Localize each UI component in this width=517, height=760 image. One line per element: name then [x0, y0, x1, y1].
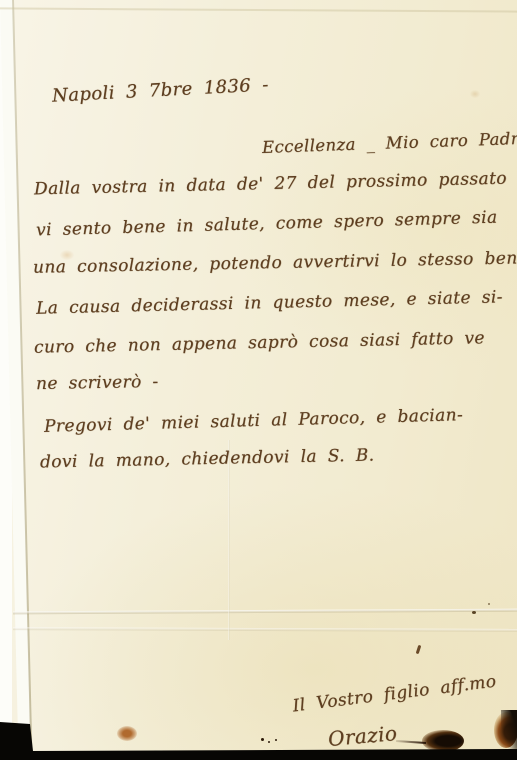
ink-blot	[422, 730, 464, 752]
fold-crease-vertical	[228, 440, 230, 640]
scanned-letter-image: Napoli 3 7bre 1836 - Eccellenza _ Mio ca…	[0, 0, 517, 760]
ink-speck	[472, 611, 476, 614]
foxing-stain	[470, 90, 480, 98]
ink-speck	[261, 738, 264, 741]
corner-shadow	[501, 710, 517, 752]
rust-stain	[117, 726, 137, 741]
ink-speck	[488, 603, 490, 605]
body-line: ne scriverò -	[36, 372, 159, 394]
ink-speck	[275, 739, 277, 741]
ink-speck	[268, 741, 270, 743]
